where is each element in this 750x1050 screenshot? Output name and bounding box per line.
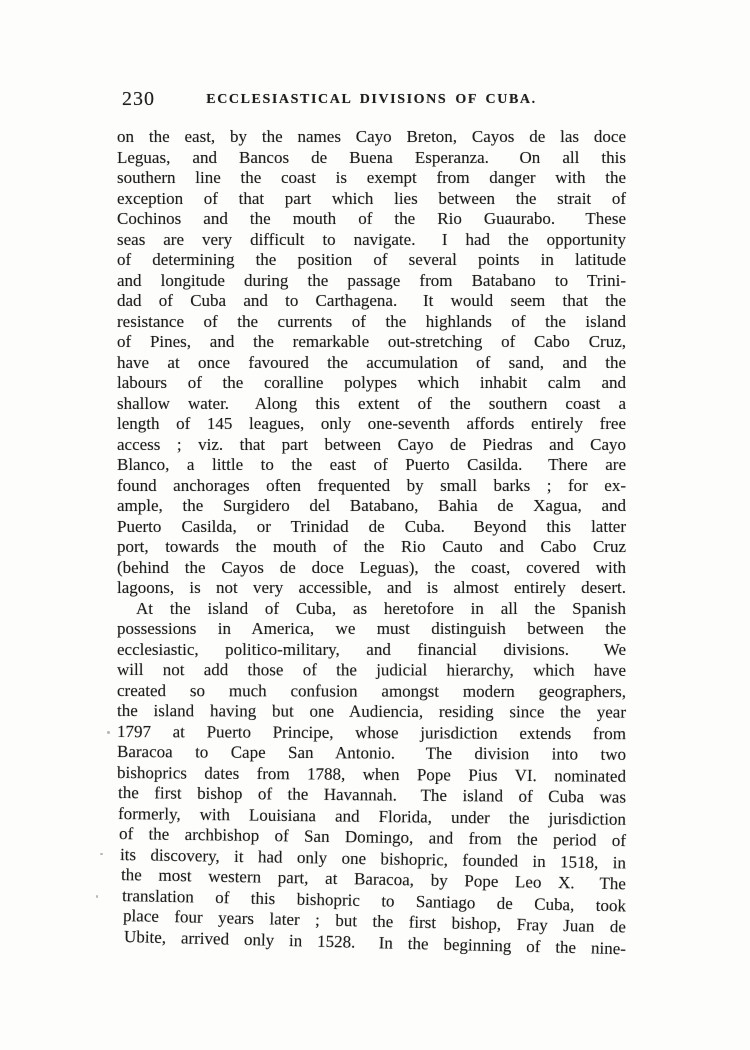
text-line: have at once favoured the accumulation o… — [117, 353, 626, 374]
text-line: 1797 at Puerto Principe, whose jurisdict… — [117, 722, 626, 745]
text-line: At the island of Cuba, as heretofore in … — [117, 599, 626, 620]
running-head: ECCLESIASTICAL DIVISIONS OF CUBA. — [117, 88, 626, 108]
book-page: 230 ECCLESIASTICAL DIVISIONS OF CUBA. on… — [0, 0, 750, 1050]
text-line: seas are very difficult to navigate. I h… — [117, 230, 626, 251]
text-line: of Pines, and the remarkable out-stretch… — [117, 332, 626, 353]
text-line: on the east, by the names Cayo Breton, C… — [117, 127, 626, 148]
text-line: access ; viz. that part between Cayo de … — [117, 435, 626, 456]
text-line: and longitude during the passage from Ba… — [117, 271, 626, 292]
text-line: Blanco, a little to the east of Puerto C… — [117, 455, 626, 476]
page-header: 230 ECCLESIASTICAL DIVISIONS OF CUBA. — [117, 88, 626, 110]
text-line: resistance of the currents of the highla… — [117, 312, 626, 333]
text-line: found anchorages often frequented by sma… — [117, 476, 626, 497]
text-line: Cochinos and the mouth of the Rio Guaura… — [117, 209, 626, 230]
text-line: possessions in America, we must distingu… — [117, 619, 626, 640]
text-line: created so much confusion amongst modern… — [117, 681, 626, 703]
text-line: exception of that part which lies betwee… — [117, 189, 626, 210]
scan-speck — [100, 853, 103, 855]
text-line: ecclesiastic, politico-military, and fin… — [117, 640, 626, 661]
text-line: Puerto Casilda, or Trinidad de Cuba. Bey… — [117, 517, 626, 538]
scan-speck — [96, 895, 98, 898]
text-line: Leguas, and Bancos de Buena Esperanza. O… — [117, 148, 626, 169]
scan-speck — [107, 731, 110, 734]
page-number: 230 — [122, 88, 155, 111]
text-line: ample, the Surgidero del Batabano, Bahia… — [117, 496, 626, 517]
text-line: length of 145 leagues, only one-seventh … — [117, 414, 626, 435]
text-line: the island having but one Audiencia, res… — [117, 701, 626, 723]
text-line: labours of the coralline polypes which i… — [117, 373, 626, 394]
text-line: port, towards the mouth of the Rio Cauto… — [117, 537, 626, 558]
text-line: of determining the position of several p… — [117, 250, 626, 271]
text-line: (behind the Cayos de doce Leguas), the c… — [117, 558, 626, 579]
text-line: will not add those of the judicial hiera… — [117, 660, 626, 681]
text-line: Baracoa to Cape San Antonio. The divisio… — [117, 742, 626, 765]
page-body-text: on the east, by the names Cayo Breton, C… — [117, 127, 626, 947]
text-line: shallow water. Along this extent of the … — [117, 394, 626, 415]
text-line: lagoons, is not very accessible, and is … — [117, 578, 626, 599]
text-line: dad of Cuba and to Carthagena. It would … — [117, 291, 626, 312]
text-line: southern line the coast is exempt from d… — [117, 168, 626, 189]
